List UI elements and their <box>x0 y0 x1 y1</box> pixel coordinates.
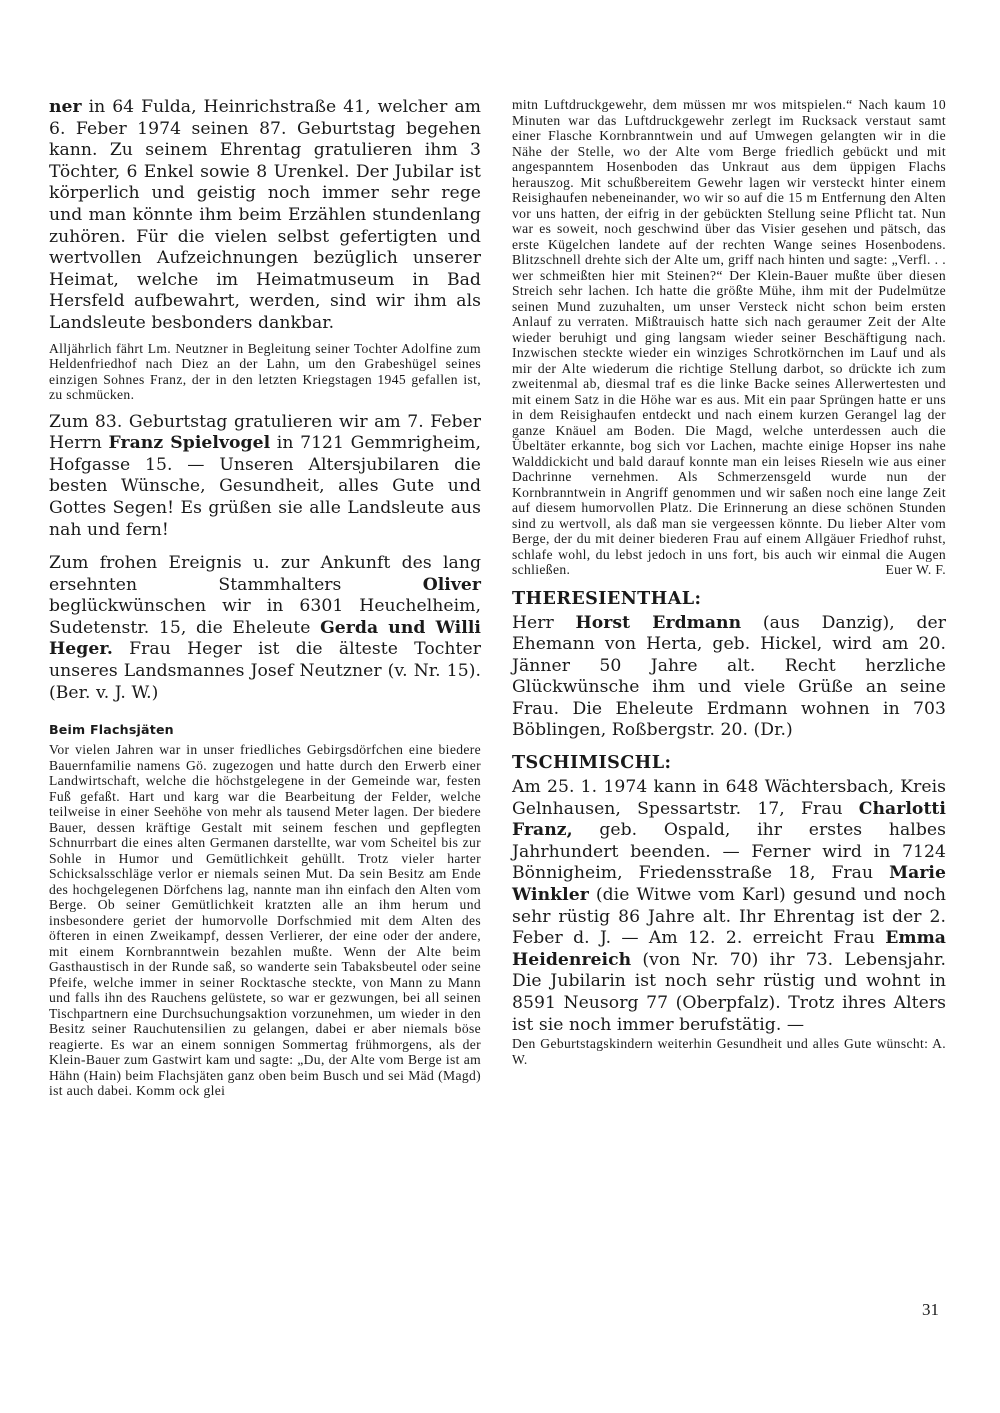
section-heading-tschimischl: TSCHIMISCHL: <box>512 752 946 774</box>
right-column: mitn Luftdruckgewehr, dem müssen mr wos … <box>512 97 946 1067</box>
birthday-spielvogel-paragraph: Zum 83. Geburtstag gratulieren wir am 7.… <box>49 412 481 542</box>
story-text: mitn Luftdruckgewehr, dem müssen mr wos … <box>512 97 946 577</box>
heldenfriedhof-note: Alljährlich fährt Lm. Neutzner in Beglei… <box>49 341 481 403</box>
section-heading-theresienthal: THERESIENTHAL: <box>512 588 946 610</box>
paragraph-text: Frau Heger ist die älteste Tochter unser… <box>49 639 481 702</box>
person-name: Horst Erdmann <box>575 613 741 633</box>
newsletter-page: ner in 64 Fulda, Heinrichstraße 41, welc… <box>0 0 1000 1413</box>
birthday-neutzner-paragraph: ner in 64 Fulda, Heinrichstraße 41, welc… <box>49 97 481 335</box>
paragraph-text: Herr <box>512 613 575 633</box>
name-fragment: ner <box>49 97 82 117</box>
paragraph-text: in 64 Fulda, Heinrichstraße 41, welcher … <box>49 97 481 333</box>
left-column: ner in 64 Fulda, Heinrichstraße 41, welc… <box>49 97 481 1099</box>
paragraph-text: Zum frohen Ereignis u. zur Ankunft des l… <box>49 553 481 595</box>
story-continuation: mitn Luftdruckgewehr, dem müssen mr wos … <box>512 97 946 578</box>
birth-announcement-paragraph: Zum frohen Ereignis u. zur Ankunft des l… <box>49 553 481 704</box>
tschimischl-paragraph: Am 25. 1. 1974 kann in 648 Wächtersbach,… <box>512 777 946 1036</box>
person-name: Franz Spielvogel <box>109 433 271 453</box>
closing-greeting: Den Geburtstagskindern weiterhin Gesundh… <box>512 1036 946 1067</box>
child-name: Oliver <box>423 575 481 595</box>
theresienthal-paragraph: Herr Horst Erdmann (aus Danzig), der Ehe… <box>512 613 946 743</box>
page-number: 31 <box>922 1300 939 1320</box>
story-title: Beim Flachsjäten <box>49 722 481 738</box>
paragraph-text: geb. Ospald, ihr erstes halbes Jahrhunde… <box>512 820 946 883</box>
story-signature: Euer W. F. <box>885 562 946 578</box>
story-text: Vor vielen Jahren war in unser friedlich… <box>49 742 481 1099</box>
